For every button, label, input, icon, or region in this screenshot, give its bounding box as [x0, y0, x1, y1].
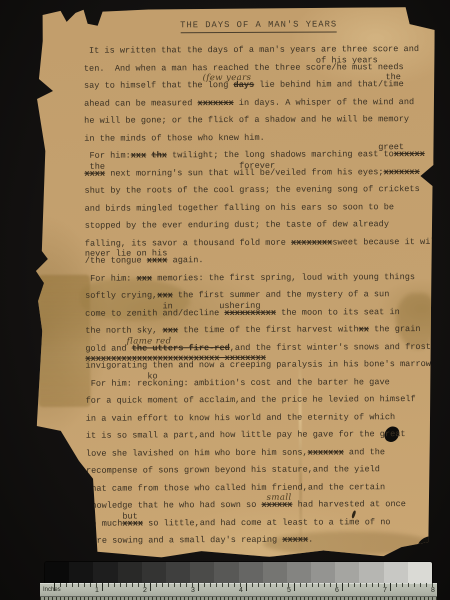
ruler-major-ticks: [54, 583, 437, 591]
gray-step: [45, 562, 69, 583]
ruler-inch-number: 5: [287, 587, 291, 594]
gray-step: [142, 562, 166, 583]
typed-line: in a vain effort to know his world and t…: [86, 411, 436, 430]
ruler-inch-number: 7: [383, 587, 387, 594]
ruler-inch-number: 6: [335, 587, 339, 594]
page-title: THE DAYS OF A MAN'S YEARS: [84, 19, 434, 33]
typed-line: he will be gone; or the flick of a shado…: [84, 114, 434, 133]
typed-text: THE DAYS OF A MAN'S YEARS It is written …: [84, 19, 437, 553]
typed-line: so muchxxxx so little,and had come at le…: [86, 516, 436, 535]
typed-line: and birds mingled together falling on hi…: [85, 201, 435, 220]
typed-line: recompense of sons grown beyond his stat…: [86, 464, 436, 483]
ruler-inch-number: 3: [191, 587, 195, 594]
gray-step: [239, 562, 263, 583]
typed-line: shut by the roots of the cool grass; the…: [84, 184, 434, 203]
ruler-inch-number: 4: [239, 587, 243, 594]
typed-line: more sowing and a small day's reaping xx…: [86, 534, 436, 553]
gray-step: [287, 562, 311, 583]
typed-line: stopped by the ever enduring dust; the t…: [85, 219, 435, 238]
gray-step: [335, 562, 359, 583]
gray-step: [69, 562, 93, 583]
gray-step: [408, 562, 432, 583]
grayscale-calibration-wedge: [45, 562, 432, 583]
gray-step: [311, 562, 335, 583]
ruler-unit-label: Inches: [43, 587, 61, 593]
typed-line: it is so small a part,and how little pay…: [86, 429, 436, 448]
typed-line: For him: xxx memories: the first spring,…: [85, 271, 435, 290]
typed-line: love she lavished on him who bore him so…: [86, 446, 436, 465]
gray-step: [214, 562, 238, 583]
gray-step: [166, 562, 190, 583]
manuscript-page: THE DAYS OF A MAN'S YEARS It is written …: [29, 5, 440, 559]
typed-line: ahead can be measured xxxxxxx in days. A…: [84, 96, 434, 115]
handwritten-correction: small: [267, 493, 292, 503]
interline-annotation: (few years the: [84, 79, 434, 81]
ruler-inch-number: 1: [95, 587, 99, 594]
gray-step: [359, 562, 383, 583]
photo-background: THE DAYS OF A MAN'S YEARS It is written …: [0, 0, 450, 600]
ruler-inch-number: 8: [431, 587, 435, 594]
gray-step: [93, 562, 117, 583]
handwritten-correction: (few years: [203, 73, 252, 83]
gray-step: [384, 562, 408, 583]
inch-ruler: Inches 12345678: [40, 583, 437, 597]
gray-step: [263, 562, 287, 583]
ruler-inch-number: 2: [143, 587, 147, 594]
interline-annotation: greet: [84, 149, 434, 151]
typed-line: for a quick moment of acclaim,and the pr…: [86, 394, 436, 413]
gray-step: [190, 562, 214, 583]
gray-step: [118, 562, 142, 583]
handwritten-correction: flame red: [127, 336, 172, 346]
